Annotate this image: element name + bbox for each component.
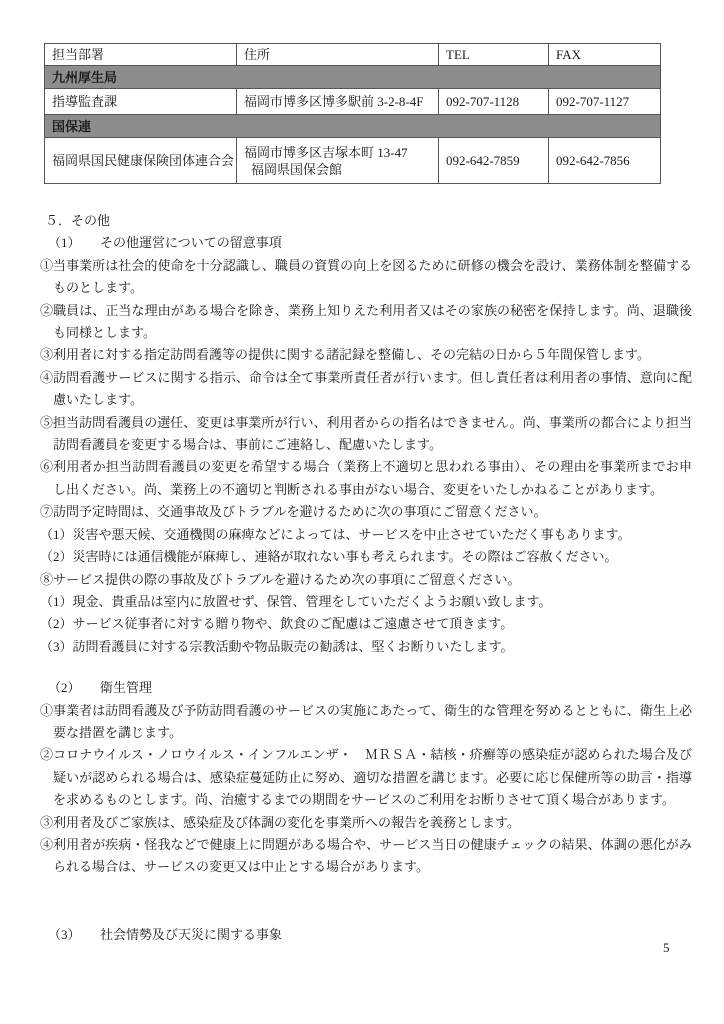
column-header-tel: TEL: [439, 44, 549, 66]
clause-7-subitem-1: （1）災害や悪天候、交通機関の麻痺などによっては、サービスを中止させていただく事…: [40, 524, 692, 546]
clause-8-subitem-3: （3）訪問看護員に対する宗教活動や物品販売の勧誘は、堅くお断りいたします。: [40, 636, 692, 658]
column-header-fax: FAX: [549, 44, 661, 66]
cell-tel: 092-642-7859: [439, 138, 549, 184]
clause-2: ②職員は、正当な理由がある場合を除き、業務上知りえた利用者又はその家族の秘密を保…: [40, 300, 692, 345]
clause-5: ⑤担当訪問看護員の選任、変更は事業所が行い、利用者からの指名はできません。尚、事…: [40, 412, 692, 457]
subsection-2-heading: （2） 衛生管理: [40, 677, 692, 699]
table-row: 福岡県国民健康保険団体連合会 福岡市博多区吉塚本町 13-47 福岡県国保会館 …: [45, 138, 661, 184]
clause-1: ①当事業所は社会的使命を十分認識し、職員の資質の向上を図るために研修の機会を設け…: [40, 255, 692, 300]
address-line-2: 福岡県国保会館: [244, 161, 431, 178]
hygiene-clause-1: ①事業者は訪問看護及び予防訪問看護のサービスの実施にあたって、衛生的な管理を努め…: [40, 700, 692, 745]
column-header-address: 住所: [237, 44, 439, 66]
page-number: 5: [663, 940, 670, 956]
cell-department: 福岡県国民健康保険団体連合会: [45, 138, 237, 184]
subsection-3-heading: （3） 社会情勢及び天災に関する事象: [40, 924, 692, 946]
document-body: ５．その他 （1） その他運営についての留意事項 ①当事業所は社会的使命を十分認…: [40, 210, 692, 946]
cell-address: 福岡市博多区博多駅前 3-2-8-4F: [237, 89, 439, 115]
clause-8: ⑧サービス提供の際の事故及びトラブルを避けるため次の事項にご留意ください。: [40, 569, 692, 591]
hygiene-clause-2: ②コロナウイルス・ノロウイルス・インフルエンザ・ ＭＲＳＡ・結核・疥癬等の感染症…: [40, 744, 692, 811]
contact-table: 担当部署 住所 TEL FAX 九州厚生局 指導監査課 福岡市博多区博多駅前 3…: [44, 43, 661, 184]
clause-6: ⑥利用者か担当訪問看護員の変更を希望する場合（業務上不適切と思われる事由）、その…: [40, 456, 692, 501]
cell-address: 福岡市博多区吉塚本町 13-47 福岡県国保会館: [237, 138, 439, 184]
clause-8-subitem-1: （1）現金、貴重品は室内に放置せず、保管、管理をしていただくようお願い致します。: [40, 591, 692, 613]
table-group-row: 国保連: [45, 115, 661, 138]
document-page: 担当部署 住所 TEL FAX 九州厚生局 指導監査課 福岡市博多区博多駅前 3…: [0, 0, 724, 1024]
address-line-1: 福岡市博多区吉塚本町 13-47: [244, 144, 431, 161]
cell-fax: 092-642-7856: [549, 138, 661, 184]
subsection-1-heading: （1） その他運営についての留意事項: [40, 232, 692, 254]
hygiene-clause-3: ③利用者及びご家族は、感染症及び体調の変化を事業所への報告を義務とします。: [40, 812, 692, 834]
cell-fax: 092-707-1127: [549, 89, 661, 115]
group-label-kyushu-kouseikyoku: 九州厚生局: [45, 66, 661, 89]
section-title: ５．その他: [40, 210, 692, 232]
table-header-row: 担当部署 住所 TEL FAX: [45, 44, 661, 66]
cell-department: 指導監査課: [45, 89, 237, 115]
table-group-row: 九州厚生局: [45, 66, 661, 89]
hygiene-clause-4: ④利用者が疾病・怪我などで健康上に問題がある場合や、サービス当日の健康チェックの…: [40, 834, 692, 879]
clause-7-subitem-2: （2）災害時には通信機能が麻痺し、連絡が取れない事も考えられます。その際はご容赦…: [40, 546, 692, 568]
clause-8-subitem-2: （2）サービス従事者に対する贈り物や、飲食のご配慮はご遠慮させて頂きます。: [40, 613, 692, 635]
cell-tel: 092-707-1128: [439, 89, 549, 115]
clause-4: ④訪問看護サービスに関する指示、命令は全て事業所責任者が行います。但し責任者は利…: [40, 367, 692, 412]
clause-7: ⑦訪問予定時間は、交通事故及びトラブルを避けるために次の事項にご留意ください。: [40, 501, 692, 523]
table-row: 指導監査課 福岡市博多区博多駅前 3-2-8-4F 092-707-1128 0…: [45, 89, 661, 115]
clause-3: ③利用者に対する指定訪問看護等の提供に関する諸記録を整備し、その完結の日から５年…: [40, 344, 692, 366]
group-label-kokuhoren: 国保連: [45, 115, 661, 138]
column-header-department: 担当部署: [45, 44, 237, 66]
